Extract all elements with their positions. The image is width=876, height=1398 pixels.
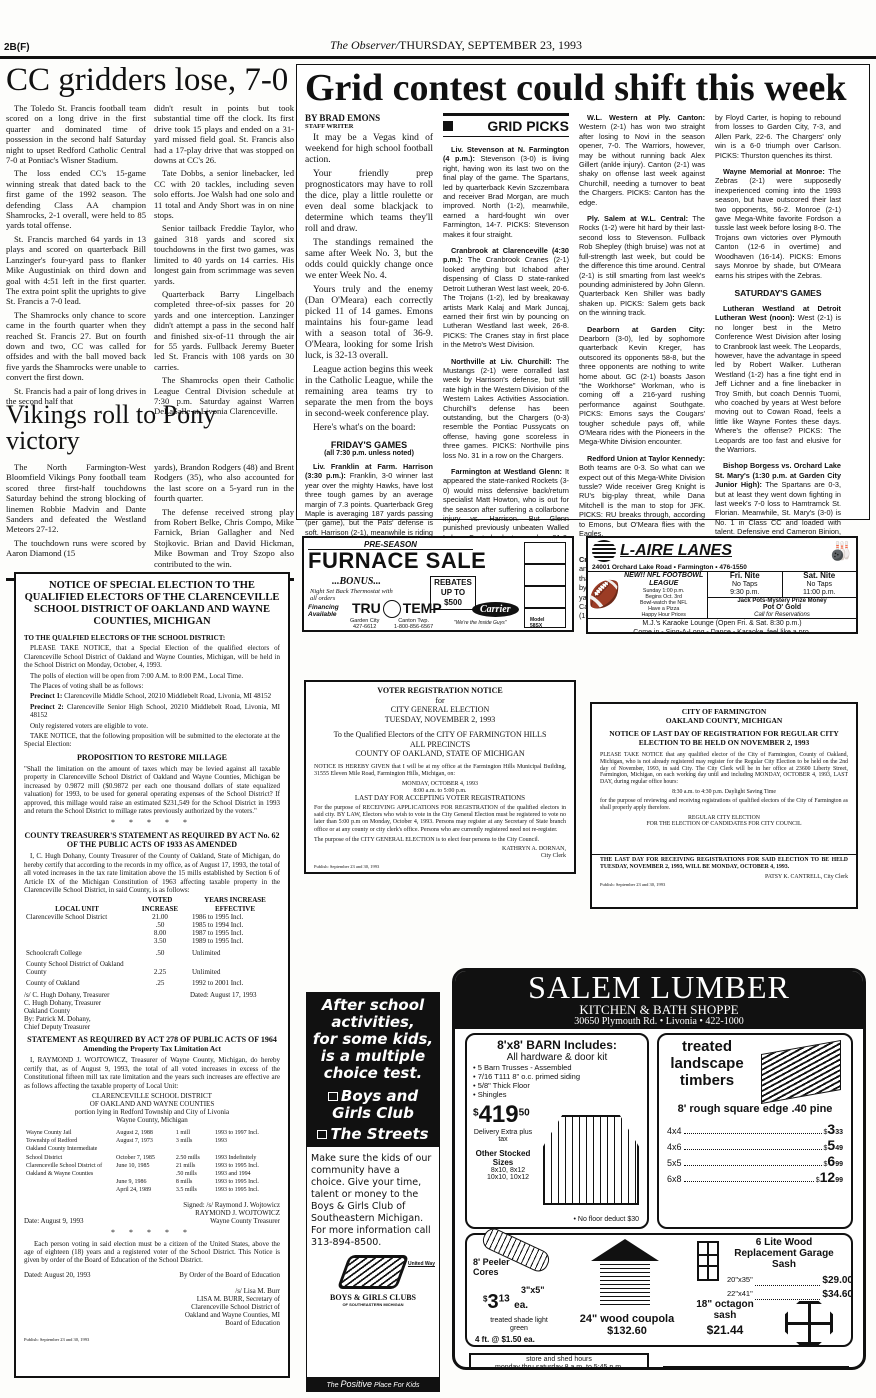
barn-shed-image bbox=[543, 1115, 639, 1205]
headline-line: for some kids, bbox=[309, 1031, 437, 1048]
voter-notice-addressee: To the Qualified Electors of the CITY OF… bbox=[314, 730, 566, 759]
price-dollars: 3 bbox=[487, 1291, 498, 1313]
precinct-label: Precinct 2: bbox=[30, 703, 64, 711]
pot-text: Pot O' Gold bbox=[708, 605, 856, 612]
price-dollars: 5 bbox=[827, 1137, 835, 1153]
title-line: VOTER REGISTRATION NOTICE bbox=[314, 686, 566, 696]
precinct-address: Clarenceville Middle School, 20210 Middl… bbox=[64, 692, 271, 700]
org-name: BOYS & GIRLS CLUBS bbox=[307, 1293, 439, 1302]
timber-price-row: 4x6$549 bbox=[667, 1137, 843, 1153]
story-cc-gridders: CC gridders lose, 7-0 The Toledo St. Fra… bbox=[6, 64, 294, 420]
voter-notice-date: MONDAY, OCTOBER 4, 1993 8:00 a.m. to 5:0… bbox=[314, 781, 566, 802]
table-row: 3.501989 to 1995 Incl. bbox=[24, 937, 280, 945]
game-body: Both teams are 0-3. So what can we expec… bbox=[579, 463, 705, 538]
timber-size: 4x4 bbox=[667, 1126, 682, 1136]
table-row: Clarenceville School District21.001986 t… bbox=[24, 913, 280, 921]
table-row: .501985 to 1994 Incl. bbox=[24, 921, 280, 929]
peeler-title: 8' Peeler Cores bbox=[473, 1257, 513, 1277]
game-title: Redford Union at Taylor Kennedy: bbox=[587, 454, 705, 463]
lanes-info-row: 🏈 NEW!! NFL FOOTBOWL LEAGUE Sunday 1:00 … bbox=[588, 572, 856, 619]
karaoke-line: M.J.'s Karaoke Lounge (Open Fri. & Sat. … bbox=[588, 620, 856, 629]
peeler-price: $313 ea. bbox=[483, 1291, 528, 1314]
store-subname: KITCHEN & BATH SHOPPE bbox=[455, 1003, 863, 1016]
notice-paragraph: TAKE NOTICE, that the following proposit… bbox=[24, 732, 280, 749]
timber-price-row: 5x5$699 bbox=[667, 1153, 843, 1169]
store-address: 30650 Plymouth Rd. • Livonia • 422-1000 bbox=[455, 1016, 863, 1027]
paragraph: The Shamrocks only chance to score came … bbox=[6, 310, 146, 383]
coupola-label: 24" wood coupola $132.60 bbox=[577, 1313, 677, 1337]
barn-item: • 5 Barn Trusses - Assembled bbox=[473, 1063, 641, 1072]
paragraph: The loss ended CC's 15-game winning stre… bbox=[6, 168, 146, 230]
farmington-last-day: THE LAST DAY FOR RECEIVING REGISTRATIONS… bbox=[600, 857, 848, 871]
globe-icon bbox=[592, 540, 616, 562]
barn-panel: 8'x8' BARN Includes: All hardware & door… bbox=[465, 1033, 649, 1229]
publish-dates: Publish: September 23 and 30, 1993 bbox=[314, 864, 566, 869]
heading-line: FOR THE ELECTION OF CANDIDATES FOR CITY … bbox=[600, 821, 848, 828]
saturday-special: Sat. NiteNo Taps11:00 p.m. bbox=[783, 572, 857, 597]
paragraph: Yours truly and the enemy (Dan O'Meara) … bbox=[305, 285, 433, 362]
voter-notice-title: VOTER REGISTRATION NOTICE for CITY GENER… bbox=[314, 686, 566, 724]
notice-paragraph: The Places of voting shall be as follows… bbox=[24, 682, 280, 690]
price-cents: 50 bbox=[519, 1108, 530, 1119]
ad-furnace-sale: PRE-SEASON FURNACE SALE ...BONUS... Nigh… bbox=[302, 536, 574, 632]
board-order-row: Dated: August 20, 1993 By Order of the B… bbox=[24, 1271, 280, 1279]
byline: BY BRAD EMONS bbox=[305, 113, 433, 123]
addressee-line: To the Qualified Electors of the CITY OF… bbox=[314, 730, 566, 740]
notice-voter-registration: VOTER REGISTRATION NOTICE for CITY GENER… bbox=[304, 680, 576, 874]
timber-title: treated landscape timbers bbox=[667, 1038, 747, 1089]
headline-line: activities, bbox=[309, 1014, 437, 1031]
saturday-heading: SATURDAY'S GAMES bbox=[715, 288, 841, 298]
paragraph: The standings remained the same after We… bbox=[305, 238, 433, 282]
title-line: NOTICE OF LAST DAY OF REGISTRATION FOR R… bbox=[600, 730, 848, 747]
wayne-local-unit: CLARENCEVILLE SCHOOL DISTRICT OF OAKLAND… bbox=[24, 1092, 280, 1124]
oakland-date: Dated: August 17, 1993 bbox=[190, 991, 280, 1031]
canton-location: Canton Twp.1-800-856-6567 bbox=[394, 618, 433, 630]
game-title: Farmington at Westland Glenn: bbox=[451, 467, 562, 476]
addressee-line: ALL PRECINCTS bbox=[314, 740, 566, 750]
garden-city-location: Garden City427-6612 bbox=[350, 618, 379, 630]
game-body: by Floyd Carter, is hoping to rebound fr… bbox=[715, 113, 841, 160]
sash-title: 6 Lite Wood Replacement Garage Sash bbox=[729, 1237, 839, 1270]
lanes-name: L-AIRE LANES bbox=[620, 542, 732, 560]
voter-notice-purpose: For the purpose of RECEIVING APPLICATION… bbox=[314, 805, 566, 834]
jackpot-panel: Jack Pots-Mystery Prize Money Pot O' Gol… bbox=[708, 598, 856, 618]
octagon-label: 18" octagon sash bbox=[687, 1299, 763, 1321]
paragraph: The Toledo St. Francis football team sco… bbox=[6, 103, 146, 165]
proposition-title: PROPOSITION TO RESTORE MILLAGE bbox=[24, 753, 280, 762]
barn-title: 8'x8' BARN Includes: bbox=[473, 1038, 641, 1052]
reservations-text: Call for Reservations bbox=[708, 612, 856, 619]
lumber-bottom-panel: 8' Peeler Cores 3"x5" $313 ea. treated s… bbox=[465, 1233, 853, 1347]
sash-price-row: 20"x35"$29.00 bbox=[727, 1275, 853, 1286]
game-title: W.L. Western at Ply. Canton: bbox=[587, 113, 705, 122]
timber-price-row: 4x4$333 bbox=[667, 1121, 843, 1137]
price-cents: 49 bbox=[835, 1145, 843, 1152]
proposition-text: "Shall the limitation on the amount of t… bbox=[24, 765, 280, 815]
football-player-icon: 🏈 bbox=[588, 572, 620, 618]
price-dollars: 419 bbox=[479, 1101, 519, 1128]
timber-subtitle: 8' rough square edge .40 pine bbox=[677, 1103, 833, 1115]
notice-last-day: LAST DAY FOR ACCEPTING VOTER REGISTRATIO… bbox=[314, 795, 566, 802]
publication-date: THURSDAY, SEPTEMBER 23, 1993 bbox=[399, 38, 582, 52]
barn-other-sizes: Other Stocked Sizes bbox=[473, 1149, 533, 1167]
table-row: Clarenceville School District of Oakland… bbox=[24, 1162, 280, 1170]
option-the-streets: The Streets bbox=[309, 1126, 437, 1143]
store-hours-box: store and shed hours monday thru saturda… bbox=[469, 1353, 649, 1370]
lumber-footer: store and shed hours monday thru saturda… bbox=[455, 1347, 863, 1370]
wayne-tax-table: Wayne County JailAugust 2, 19881 mill199… bbox=[24, 1129, 280, 1195]
publication-name: The Observer/ bbox=[330, 38, 399, 52]
game-body: The Mustangs (2-1) were corralled last w… bbox=[443, 357, 569, 460]
org-subname: OF SOUTHEASTERN MICHIGAN bbox=[307, 1302, 439, 1307]
game-body: West (2-1) is no longer best in the Metr… bbox=[715, 313, 841, 454]
timber-size: 5x5 bbox=[667, 1158, 682, 1168]
paragraph: The defense received strong play from Ro… bbox=[154, 507, 294, 569]
league-title: NEW!! NFL FOOTBOWL LEAGUE bbox=[620, 572, 707, 588]
peeler-4ft-price: 4 ft. @ $1.50 ea. bbox=[475, 1335, 535, 1344]
game-body: The Cranbrook Cranes (2-1) looked anythi… bbox=[443, 255, 569, 349]
masthead-rule bbox=[0, 56, 876, 59]
notice-farmington-continued: THE LAST DAY FOR RECEIVING REGISTRATIONS… bbox=[590, 855, 858, 909]
lumber-top-panels: 8'x8' BARN Includes: All hardware & door… bbox=[455, 1029, 863, 1233]
precinct-label: Precinct 1: bbox=[30, 692, 62, 700]
price-cents: 99 bbox=[835, 1177, 843, 1184]
column-header: VOTED INCREASE bbox=[130, 896, 190, 912]
page-folio: 2B(F) bbox=[4, 42, 30, 53]
precinct-1: Precinct 1: Clarenceville Middle School,… bbox=[24, 692, 280, 700]
friday-heading: FRIDAY'S GAMES bbox=[305, 440, 433, 450]
paragraph: St. Francis marched 64 yards in 13 plays… bbox=[6, 234, 146, 307]
price-dollars: 3 bbox=[827, 1121, 835, 1137]
voter-notice-purpose: The purpose of the CITY GENERAL ELECTION… bbox=[314, 837, 566, 844]
price-dollars: 6 bbox=[827, 1153, 835, 1169]
treasurer-statement-title: COUNTY TREASURER'S STATEMENT AS REQUIRED… bbox=[24, 831, 280, 849]
notice-paragraph: Only registered voters are eligible to v… bbox=[24, 722, 280, 730]
carrier-logo: Carrier bbox=[472, 602, 519, 617]
karaoke-text: M.J.'s Karaoke Lounge (Open Fri. & Sat. … bbox=[588, 619, 856, 634]
game-title: Ply. Salem at W.L. Central: bbox=[587, 214, 688, 223]
headline: Vikings roll to Pony victory bbox=[6, 402, 294, 454]
paragraph: didn't result in points but took substan… bbox=[154, 103, 294, 165]
table-row: County of Oakland.251992 to 2001 Incl. bbox=[24, 976, 280, 987]
special-title: Fri. Nite bbox=[730, 571, 760, 580]
act278-subtitle: Amending the Property Tax Limitation Act bbox=[24, 1044, 280, 1053]
option-boys-girls-club: Boys and Girls Club bbox=[309, 1088, 437, 1122]
handshake-logo-icon bbox=[337, 1255, 409, 1289]
octagon-window-icon bbox=[785, 1301, 833, 1345]
table-row: April 24, 19893.5 mills1993 to 1995 Incl… bbox=[24, 1186, 280, 1194]
friday-subheading: (all 7:30 p.m. unless noted) bbox=[305, 450, 433, 457]
separator-dots: * * * * * bbox=[24, 818, 280, 827]
option-label: Boys and Girls Club bbox=[332, 1087, 418, 1122]
special-time: 11:00 p.m. bbox=[783, 589, 857, 597]
barn-item: • 5/8" Thick Floor bbox=[473, 1081, 641, 1090]
publish-dates: Publish: September 23 and 30, 1993 bbox=[600, 882, 848, 887]
table-row: 8.001987 to 1995 Incl. bbox=[24, 929, 280, 937]
tagline-part: The bbox=[327, 1382, 341, 1389]
location-phone: 1-800-856-6567 bbox=[394, 624, 433, 630]
grid-picks-label: GRID PICKS bbox=[487, 118, 569, 134]
lanes-logo-row: L-AIRE LANES 🎳 bbox=[588, 538, 856, 564]
price-cents: 33 bbox=[835, 1129, 843, 1136]
hours-line: monday thru saturday 8 a.m. to 5:45 p.m. bbox=[475, 1364, 643, 1370]
city-clerk-signature: PATSY K. CANTRELL, City Clerk bbox=[600, 874, 848, 880]
farmington-notice-title: CITY OF FARMINGTON OAKLAND COUNTY, MICHI… bbox=[600, 708, 848, 747]
game-body: Dearborn (3-0), led by sophomore quarter… bbox=[579, 334, 705, 446]
ad-header-block: After school activities, for some kids, … bbox=[307, 993, 439, 1147]
game-body: Stevenson (3-0) is living right, having … bbox=[443, 154, 569, 238]
special-sub: No Taps bbox=[783, 581, 857, 589]
special-title: Sat. Nite bbox=[803, 571, 835, 580]
price-cents: 13 bbox=[499, 1294, 510, 1305]
paragraph: Tate Dobbs, a senior linebacker, led CC … bbox=[154, 168, 294, 220]
paragraph: It may be a Vegas kind of weekend for hi… bbox=[305, 133, 433, 166]
hours-title: store and shed hours bbox=[475, 1356, 643, 1364]
sash-price: $29.00 bbox=[822, 1275, 853, 1286]
oakland-tax-table: LOCAL UNIT VOTED INCREASE YEARS INCREASE… bbox=[24, 896, 280, 987]
precinct-address: Clarenceville Senior High School, 20210 … bbox=[30, 703, 280, 719]
office-hours: 8:30 a.m. to 4:30 p.m. Daylight Saving T… bbox=[600, 789, 848, 795]
final-date: Dated: August 20, 1993 bbox=[24, 1271, 91, 1279]
notice-clarenceville-election: NOTICE OF SPECIAL ELECTION TO THE QUALIF… bbox=[14, 572, 290, 1378]
board-signature: /s/ Lisa M. Burr LISA M. BURR, Secretary… bbox=[24, 1287, 280, 1327]
table-row: Schoolcraft College.50Unlimited bbox=[24, 946, 280, 957]
karaoke-line: Come in - Sing-A-Long - Dance - Karaoke,… bbox=[588, 629, 856, 635]
bowling-pins-icon: 🎳 bbox=[830, 541, 852, 562]
separator-dots: * * * * * bbox=[24, 1228, 280, 1237]
headline: Grid contest could shift this week bbox=[305, 69, 861, 107]
treasurer-statement-text: I, C. Hugh Dohany, County Treasurer of t… bbox=[24, 852, 280, 894]
voter-notice-text: NOTICE IS HEREBY GIVEN that I will be at… bbox=[314, 764, 566, 778]
table-row: Township of RedfordAugust 7, 19733 mills… bbox=[24, 1137, 280, 1145]
wayne-date: Date: August 9, 1993 bbox=[24, 1217, 84, 1225]
timber-size: 6x8 bbox=[667, 1174, 682, 1184]
closing-text: Each person voting in said election must… bbox=[24, 1240, 280, 1265]
timber-panel: treated landscape timbers 8' rough squar… bbox=[657, 1033, 853, 1229]
coupola-image bbox=[591, 1239, 659, 1309]
game-title: Dearborn at Garden City: bbox=[587, 325, 705, 334]
regular-election-heading: REGULAR CITY ELECTION FOR THE ELECTION O… bbox=[600, 815, 848, 829]
notice-paragraph: The polls of election will be open from … bbox=[24, 672, 280, 680]
notice-title: NOTICE OF SPECIAL ELECTION TO THE QUALIF… bbox=[24, 580, 280, 628]
bonus-label: ...BONUS... bbox=[332, 576, 381, 587]
tagline-part: Place For Kids bbox=[372, 1382, 419, 1389]
checkbox-icon bbox=[328, 1092, 338, 1101]
friday-special: Fri. NiteNo Taps9:30 p.m. bbox=[708, 572, 783, 597]
prices-effective-box: prices effective thru oct. 6, 1993 bbox=[663, 1366, 849, 1370]
barn-floor-note: • No floor deduct $30 bbox=[574, 1216, 640, 1223]
paragraph: Here's what's on the board: bbox=[305, 423, 433, 434]
trutemp-logo: TRUTEMP bbox=[352, 600, 442, 618]
notice-date: MONDAY, OCTOBER 4, 1993 bbox=[314, 781, 566, 788]
footbowl-panel: 🏈 NEW!! NFL FOOTBOWL LEAGUE Sunday 1:00 … bbox=[588, 572, 708, 618]
by-order-text: By Order of the Board of Education bbox=[179, 1271, 280, 1279]
barn-sizes: 8x10, 8x12 10x10, 10x12 bbox=[473, 1167, 543, 1181]
brand-tru: TRU bbox=[352, 600, 381, 616]
game-body: The Rocks (1-2) were hit hard by their l… bbox=[579, 214, 705, 317]
precinct-2: Precinct 2: Clarenceville Senior High Sc… bbox=[24, 703, 280, 720]
heading-line: REGULAR CITY ELECTION bbox=[600, 815, 848, 822]
square-icon bbox=[443, 121, 453, 131]
headline: CC gridders lose, 7-0 bbox=[6, 64, 294, 97]
united-way-logo: United Way bbox=[408, 1261, 435, 1267]
sash-price: $34.60 bbox=[822, 1289, 853, 1300]
table-row: County School District of Oakland County… bbox=[24, 957, 280, 976]
price-dollars: 12 bbox=[820, 1169, 836, 1185]
story-body: The Toledo St. Francis football team sco… bbox=[6, 103, 294, 420]
ad-laire-lanes: L-AIRE LANES 🎳 24001 Orchard Lake Road •… bbox=[586, 536, 858, 634]
location-phone: 427-6612 bbox=[350, 624, 379, 630]
table-row: Wayne County JailAugust 2, 19881 mill199… bbox=[24, 1129, 280, 1137]
headline-line: is a multiple bbox=[309, 1048, 437, 1065]
barn-item: • 7/16 T111 8" o.c. primed siding bbox=[473, 1072, 641, 1081]
game-body: Western (2-1) has won two straight after… bbox=[579, 122, 705, 206]
window-sash-icon bbox=[697, 1241, 719, 1281]
title-line: for bbox=[314, 696, 566, 706]
clock-icon bbox=[383, 600, 401, 618]
brand-temp: TEMP bbox=[403, 600, 442, 616]
league-line: Happy Hour Prices bbox=[620, 612, 707, 618]
wayne-signature: Signed: /s/ Raymond J. Wojtowicz RAYMOND… bbox=[183, 1201, 280, 1225]
headline-line: After school bbox=[309, 997, 437, 1014]
paragraph: League action begins this week in the Ca… bbox=[305, 365, 433, 420]
game-body: The Zebras (2-1) were supposedly inexper… bbox=[715, 167, 841, 279]
sash-size: 20"x35" bbox=[727, 1275, 753, 1286]
model-label: Model 58SX bbox=[530, 618, 550, 629]
headline-line: choice test. bbox=[309, 1065, 437, 1082]
farmington-notice-purpose: for the purpose of reviewing and receivi… bbox=[600, 798, 848, 812]
octagon-price: $21.44 bbox=[687, 1323, 763, 1337]
act278-title: STATEMENT AS REQUIRED BY ACT 278 OF PUBL… bbox=[24, 1035, 280, 1044]
oakland-signature-block: /s/ C. Hugh Dohany, Treasurer C. Hugh Do… bbox=[24, 991, 280, 1031]
price-cents: 99 bbox=[835, 1161, 843, 1168]
story-body: The North Farmington-West Bloomfield Vik… bbox=[6, 462, 294, 572]
paragraph: The North Farmington-West Bloomfield Vik… bbox=[6, 462, 146, 535]
notice-paragraph: PLEASE TAKE NOTICE, that a Special Elect… bbox=[24, 644, 280, 669]
barn-subtitle: All hardware & door kit bbox=[473, 1052, 641, 1063]
barn-item: • Shingles bbox=[473, 1090, 641, 1099]
masthead: The Observer/THURSDAY, SEPTEMBER 23, 199… bbox=[330, 38, 750, 53]
notice-paragraph: TO THE QUALFIED ELECTORS OF THE SCHOOL D… bbox=[24, 634, 280, 642]
city-clerk-signature: KATHRYN A. DORNAN, City Clerk bbox=[314, 846, 566, 860]
game-title: Wayne Memorial at Monroe: bbox=[723, 167, 825, 176]
timber-stack-image bbox=[761, 1040, 841, 1104]
oakland-signature: /s/ C. Hugh Dohany, Treasurer C. Hugh Do… bbox=[24, 991, 110, 1031]
wayne-signature-block: Date: August 9, 1993 Signed: /s/ Raymond… bbox=[24, 1201, 280, 1225]
store-name: SALEM LUMBER bbox=[455, 971, 863, 1003]
paragraph: Your friendly prep prognosticators may h… bbox=[305, 169, 433, 235]
title-line: CITY GENERAL ELECTION bbox=[314, 705, 566, 715]
peeler-note: treated shade light green bbox=[481, 1317, 557, 1333]
column-header: YEARS INCREASE EFFECTIVE bbox=[190, 896, 280, 912]
paragraph: The touchdown runs were scored by Aaron … bbox=[6, 538, 146, 559]
timber-size: 4x6 bbox=[667, 1142, 682, 1152]
publish-dates: Publish: September 23 and 30, 1993 bbox=[24, 1337, 280, 1342]
ad-body-text: Make sure the kids of our community have… bbox=[307, 1147, 439, 1251]
barn-delivery: Delivery Extra plus tax bbox=[473, 1129, 533, 1143]
paragraph: yards), Brandon Rodgers (48) and Brent R… bbox=[154, 462, 294, 504]
title-line: OAKLAND COUNTY, MICHIGAN bbox=[600, 717, 848, 726]
story-grid-contest: Grid contest could shift this week BY BR… bbox=[296, 64, 870, 520]
game-title: Northville at Liv. Churchill: bbox=[451, 357, 552, 366]
furnace-unit-image bbox=[524, 542, 566, 628]
price-unit: ea. bbox=[514, 1300, 528, 1311]
lumber-header: SALEM LUMBER KITCHEN & BATH SHOPPE 30650… bbox=[455, 971, 863, 1029]
timber-price-row: 6x8$1299 bbox=[667, 1169, 843, 1185]
checkbox-icon bbox=[317, 1130, 327, 1139]
grid-picks-banner: GRID PICKS bbox=[443, 113, 569, 137]
table-row: June 9, 19868 mills1993 to 1995 Incl. bbox=[24, 1178, 280, 1186]
tagline-emphasis: Positive bbox=[341, 1379, 373, 1389]
tagline-bar: The Positive Place For Kids bbox=[307, 1377, 439, 1391]
table-row: Oakland County Intermediate School Distr… bbox=[24, 1145, 280, 1161]
title-line: TUESDAY, NOVEMBER 2, 1993 bbox=[314, 715, 566, 725]
ad-salem-lumber: SALEM LUMBER KITCHEN & BATH SHOPPE 30650… bbox=[452, 968, 866, 1370]
paragraph: Quarterback Barry Lingelbach completed t… bbox=[154, 289, 294, 372]
farmington-notice-body: PLEASE TAKE NOTICE that any qualified el… bbox=[600, 752, 848, 786]
paragraph: Senior tailback Freddie Taylor, who gain… bbox=[154, 223, 294, 285]
special-time: 9:30 p.m. bbox=[708, 589, 782, 597]
option-label: The Streets bbox=[330, 1125, 428, 1143]
notice-farmington-registration: CITY OF FARMINGTON OAKLAND COUNTY, MICHI… bbox=[590, 702, 858, 856]
wayne-statement-text: I, RAYMOND J. WOJTOWICZ, Treasurer of Wa… bbox=[24, 1056, 280, 1090]
financing-label: Financing Available bbox=[308, 604, 344, 618]
carrier-slogan: "We're the Inside Guys" bbox=[454, 620, 507, 626]
specials-panel: Fri. NiteNo Taps9:30 p.m. Sat. NiteNo Ta… bbox=[708, 572, 856, 618]
story-vikings: Vikings roll to Pony victory The North F… bbox=[6, 402, 294, 581]
column-header: LOCAL UNIT bbox=[24, 896, 130, 912]
special-sub: No Taps bbox=[708, 581, 782, 589]
addressee-line: COUNTY OF OAKLAND, STATE OF MICHIGAN bbox=[314, 749, 566, 759]
byline-title: STAFF WRITER bbox=[305, 123, 433, 130]
ad-boys-girls-club: After school activities, for some kids, … bbox=[306, 992, 440, 1392]
